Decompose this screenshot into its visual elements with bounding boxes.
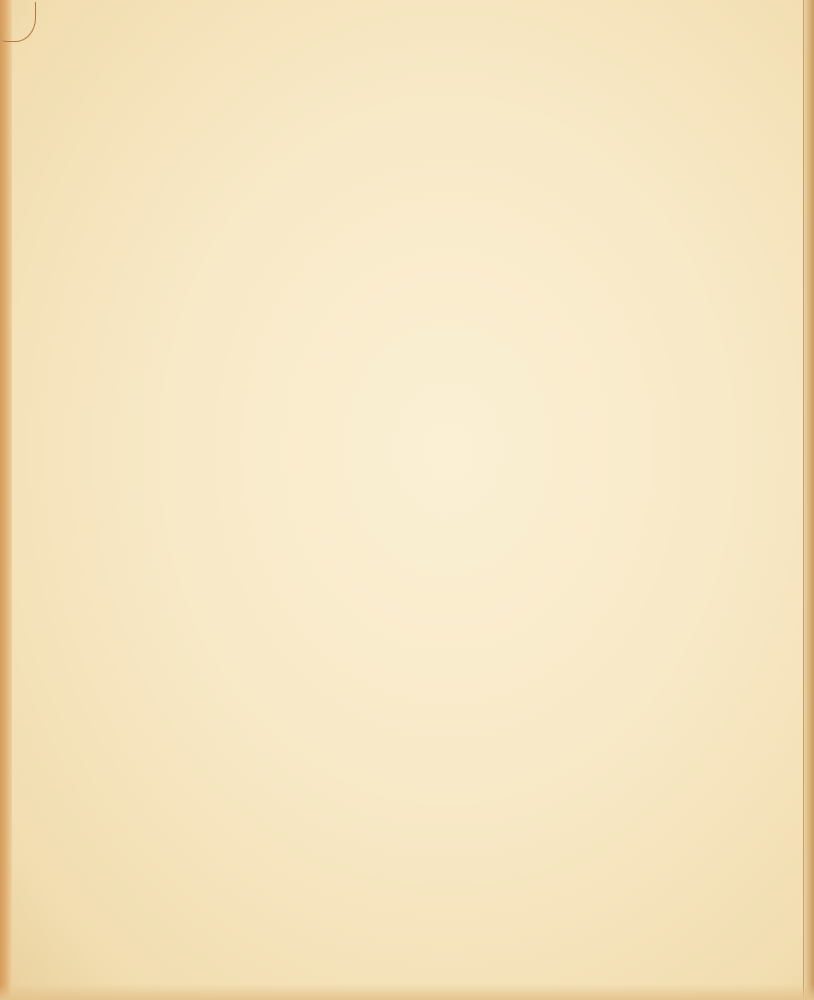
page-bottom-edge [0, 984, 814, 1000]
page-number [2, 2, 36, 42]
journal-page [0, 0, 814, 1000]
page-right-edge [803, 0, 814, 1000]
page-binding-edge [0, 0, 12, 1000]
